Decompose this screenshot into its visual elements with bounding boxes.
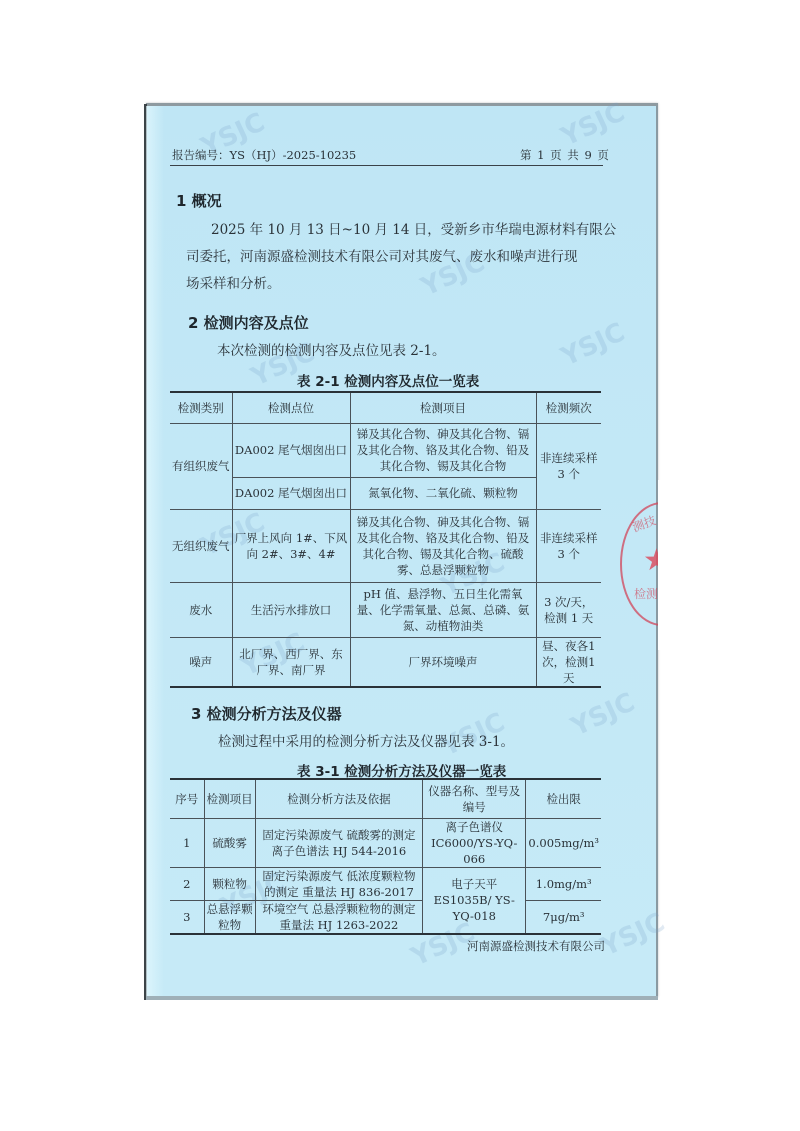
table-row: 有组织废气 DA002 尾气烟囱出口 锑及其化合物、砷及其化合物、镉及其化合物、… <box>170 423 601 477</box>
seal-text-bottom: 检测 <box>634 585 658 602</box>
header-divider <box>170 165 603 166</box>
cell-point: DA002 尾气烟囱出口 <box>232 477 350 509</box>
section-3-title: 3 检测分析方法及仪器 <box>191 703 342 724</box>
table-row: 噪声 北厂界、西厂界、东厂界、南厂界 厂界环境噪声 昼、夜各1次，检测1天 <box>170 637 601 687</box>
cell-items: 锑及其化合物、砷及其化合物、镉及其化合物、铬及其化合物、铅及其化合物、锡及其化合… <box>350 509 536 582</box>
cell-frequency: 昼、夜各1次，检测1天 <box>536 637 601 687</box>
table-3-1: 序号 检测项目 检测分析方法及依据 仪器名称、型号及编号 检出限 1 硫酸雾 固… <box>170 778 601 935</box>
cell-items: 氮氧化物、二氧化硫、颗粒物 <box>350 477 536 509</box>
page-top-edge <box>146 103 658 106</box>
cell-limit: 1.0mg/m³ <box>526 867 601 900</box>
cell-point: 厂界上风向 1#、下风向 2#、3#、4# <box>232 509 350 582</box>
header-point: 检测点位 <box>232 392 350 423</box>
header-category: 检测类别 <box>170 392 232 423</box>
header-no: 序号 <box>170 779 204 818</box>
cell-category: 噪声 <box>170 637 232 687</box>
table-row: 1 硫酸雾 固定污染源废气 硫酸雾的测定 离子色谱法 HJ 544-2016 离… <box>170 818 601 867</box>
header-item: 检测项目 <box>204 779 255 818</box>
cell-frequency: 3 次/天，检测 1 天 <box>536 582 601 637</box>
table-row: 废水 生活污水排放口 pH 值、悬浮物、五日生化需氧量、化学需氧量、总氮、总磷、… <box>170 582 601 637</box>
cell-item: 颗粒物 <box>204 867 255 900</box>
table-2-1: 检测类别 检测点位 检测项目 检测频次 有组织废气 DA002 尾气烟囱出口 锑… <box>170 391 601 688</box>
cell-frequency: 非连续采样 3 个 <box>536 509 601 582</box>
page-number: 第 1 页 共 9 页 <box>520 147 610 163</box>
page-margin <box>658 480 718 650</box>
cell-item: 总悬浮颗粒物 <box>204 900 255 934</box>
cell-category: 废水 <box>170 582 232 637</box>
cell-point: 生活污水排放口 <box>232 582 350 637</box>
cell-category: 无组织废气 <box>170 509 232 582</box>
cell-items: pH 值、悬浮物、五日生化需氧量、化学需氧量、总氮、总磷、氨氮、动植物油类 <box>350 582 536 637</box>
cell-instrument: 电子天平 ES1035B/ YS-YQ-018 <box>423 867 526 934</box>
section-1-line-3: 场采样和分析。 <box>186 271 281 298</box>
cell-no: 3 <box>170 900 204 934</box>
table-3-1-caption: 表 3-1 检测分析方法及仪器一览表 <box>297 760 506 780</box>
cell-method: 固定污染源废气 硫酸雾的测定 离子色谱法 HJ 544-2016 <box>255 818 422 867</box>
header-frequency: 检测频次 <box>536 392 601 423</box>
cell-method: 固定污染源废气 低浓度颗粒物的测定 重量法 HJ 836-2017 <box>255 867 422 900</box>
cell-items: 厂界环境噪声 <box>350 637 536 687</box>
table-header-row: 检测类别 检测点位 检测项目 检测频次 <box>170 392 601 423</box>
company-name: 河南源盛检测技术有限公司 <box>467 938 605 954</box>
cell-instrument: 离子色谱仪 IC6000/YS-YQ-066 <box>423 818 526 867</box>
section-2-title: 2 检测内容及点位 <box>188 312 309 333</box>
header-items: 检测项目 <box>350 392 536 423</box>
section-1-line-2: 司委托，河南源盛检测技术有限公司对其废气、废水和噪声进行现 <box>186 244 578 271</box>
table-2-1-caption: 表 2-1 检测内容及点位一览表 <box>297 370 479 390</box>
page-bottom-edge <box>146 996 658 1000</box>
cell-frequency: 非连续采样 3 个 <box>536 423 601 509</box>
header-instrument: 仪器名称、型号及编号 <box>423 779 526 818</box>
cell-category: 有组织废气 <box>170 423 232 509</box>
header-limit: 检出限 <box>526 779 601 818</box>
cell-limit: 7μg/m³ <box>526 900 601 934</box>
report-number: 报告编号：YS（HJ）-2025-10235 <box>172 147 356 163</box>
header-method: 检测分析方法及依据 <box>255 779 422 818</box>
table-header-row: 序号 检测项目 检测分析方法及依据 仪器名称、型号及编号 检出限 <box>170 779 601 818</box>
page-glare <box>146 106 164 996</box>
table-row: 2 颗粒物 固定污染源废气 低浓度颗粒物的测定 重量法 HJ 836-2017 … <box>170 867 601 900</box>
section-2-paragraph: 本次检测的检测内容及点位见表 2-1。 <box>217 338 446 365</box>
cell-point: DA002 尾气烟囱出口 <box>232 423 350 477</box>
section-1-line-1: 2025 年 10 月 13 日~10 月 14 日，受新乡市华瑞电源材料有限公 <box>211 217 616 244</box>
cell-no: 1 <box>170 818 204 867</box>
cell-limit: 0.005mg/m³ <box>526 818 601 867</box>
cell-item: 硫酸雾 <box>204 818 255 867</box>
cell-items: 锑及其化合物、砷及其化合物、镉及其化合物、铬及其化合物、铅及其化合物、锡及其化合… <box>350 423 536 477</box>
cell-no: 2 <box>170 867 204 900</box>
cell-point: 北厂界、西厂界、东厂界、南厂界 <box>232 637 350 687</box>
cell-method: 环境空气 总悬浮颗粒物的测定 重量法 HJ 1263-2022 <box>255 900 422 934</box>
table-row: 3 总悬浮颗粒物 环境空气 总悬浮颗粒物的测定 重量法 HJ 1263-2022… <box>170 900 601 934</box>
section-1-title: 1 概况 <box>176 190 222 211</box>
section-3-paragraph: 检测过程中采用的检测分析方法及仪器见表 3-1。 <box>218 729 514 756</box>
table-row: 无组织废气 厂界上风向 1#、下风向 2#、3#、4# 锑及其化合物、砷及其化合… <box>170 509 601 582</box>
